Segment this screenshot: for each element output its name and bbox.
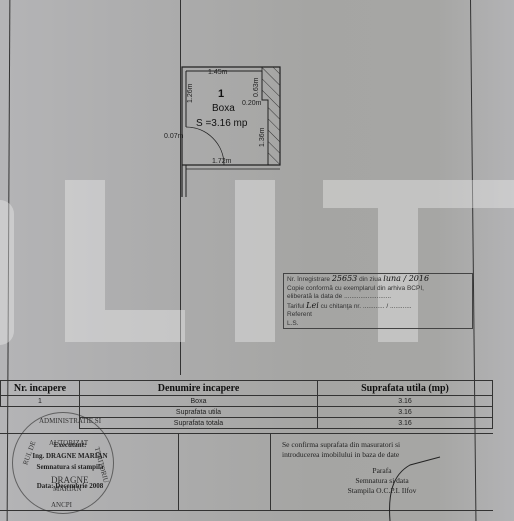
table-row: 1 Boxa 3.16 xyxy=(1,396,493,407)
header-room-number: Nr. incapere xyxy=(1,381,80,396)
floor-plan-drawing xyxy=(170,55,290,205)
stamp-registration-number: 25653 xyxy=(332,275,357,283)
dim-right-lower: 1.36m xyxy=(259,128,266,147)
dim-bottom-width: 1.72m xyxy=(212,158,231,165)
stamp-ls-line: L.S. xyxy=(287,320,469,329)
cell-room-number: 1 xyxy=(1,396,80,407)
signature-scribble xyxy=(380,455,450,521)
cell-room-name: Boxa xyxy=(80,396,318,407)
header-useful-area: Suprafata utila (mp) xyxy=(318,381,493,396)
stamp-registration-date: luna / 2016 xyxy=(383,275,429,283)
stamp-registration-rest: din ziua xyxy=(359,276,381,283)
stamp-referent-line: Referent xyxy=(287,311,469,320)
cell-total-useful-value: 3.16 xyxy=(318,407,493,418)
cell-total-area-value: 3.16 xyxy=(318,418,493,429)
scanned-document: 1.45m 1.26m 0.63m 0.20m 1.36m 0.07m 1.72… xyxy=(0,0,514,521)
executant-date: Data: Decembrie 2008 xyxy=(0,481,140,492)
stamp-registration-line: Nr. înregistrare 25653 din ziua luna / 2… xyxy=(287,275,469,285)
table-header-row: Nr. incapere Denumire incapere Suprafata… xyxy=(1,381,493,396)
stamp-copy-line: Copie conformă cu exemplarul din arhiva … xyxy=(287,285,469,294)
seal-top-text: ADMINISTRATIE SI xyxy=(39,417,101,425)
confirmation-line-1: Se confirma suprafata din masuratori si xyxy=(282,440,482,450)
stamp-tariff-line: Tariful Lei cu chitanţa nr. ............… xyxy=(287,302,469,312)
cell-total-useful-label: Suprafata utila xyxy=(80,407,318,418)
executant-title: Executant: xyxy=(0,440,140,451)
executant-name: Ing. DRAGNE MARIAN xyxy=(0,451,140,462)
dim-door-offset: 0.07m xyxy=(164,133,183,140)
header-room-name: Denumire incapere xyxy=(80,381,318,396)
executant-block: Executant: Ing. DRAGNE MARIAN Semnatura … xyxy=(0,440,140,492)
room-name: Boxa xyxy=(212,103,235,114)
seal-bottom-text: ANCPI xyxy=(51,501,72,509)
cell-room-area: 3.16 xyxy=(318,396,493,407)
stamp-registration-label: Nr. înregistrare xyxy=(287,276,330,283)
dim-notch: 0.20m xyxy=(242,100,261,107)
stamp-tariff-value: Lei xyxy=(306,302,319,310)
floor-plan: 1.45m 1.26m 0.63m 0.20m 1.36m 0.07m 1.72… xyxy=(170,55,290,205)
dim-left-height: 1.26m xyxy=(187,84,194,103)
stamp-issued-line: eliberată la data de ...................… xyxy=(287,293,469,302)
footer-divider-right xyxy=(270,433,271,511)
room-area: S =3.16 mp xyxy=(196,118,247,129)
room-number: 1 xyxy=(218,88,224,100)
executant-signature-label: Semnatura si stampila xyxy=(0,462,140,473)
dim-top-width: 1.45m xyxy=(208,69,227,76)
stamp-receipt-label: cu chitanţa nr. ............ / .........… xyxy=(321,303,412,310)
dim-right-upper: 0.63m xyxy=(253,78,260,97)
footer-divider xyxy=(178,433,179,511)
cell-total-area-label: Suprafata totala xyxy=(80,418,318,429)
registration-stamp: Nr. înregistrare 25653 din ziua luna / 2… xyxy=(283,273,473,329)
stamp-tariff-label: Tariful xyxy=(287,303,304,310)
